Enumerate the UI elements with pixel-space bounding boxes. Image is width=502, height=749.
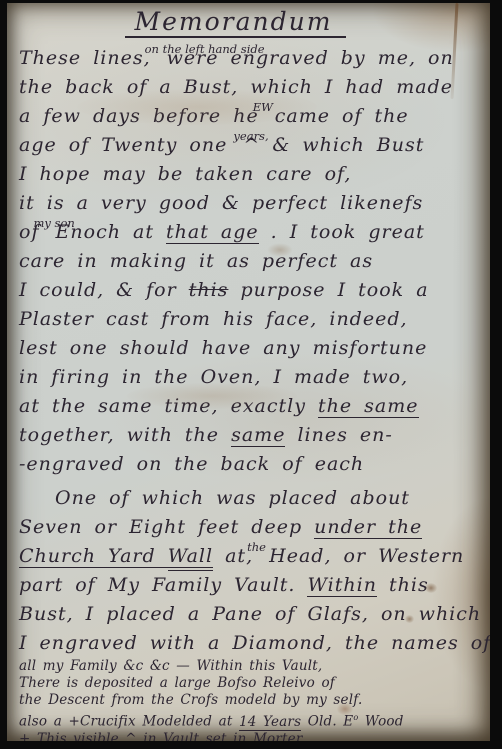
manuscript-text: Seven or Eight feet deep — [19, 516, 314, 538]
manuscript-text: Old. E — [301, 714, 353, 730]
insertion-text: years, — [233, 131, 268, 142]
manuscript-line: it is a very good & perfect likenefs — [19, 189, 482, 218]
manuscript-line: all my Family &c &c — Within this Vault, — [19, 658, 482, 675]
manuscript-text: in firing in the Oven, I made two, — [19, 366, 408, 388]
interlinear-insertion: years, — [239, 149, 243, 151]
manuscript-line: care in making it as perfect as — [19, 247, 482, 276]
manuscript-line: age of Twenty one years,^ & which Bust — [19, 131, 482, 160]
interlinear-insertion: on the left hand side — [151, 62, 155, 64]
interlinear-insertion: EW — [259, 120, 263, 122]
manuscript-line: also a +Crucifix Modelded at 14 Years Ol… — [19, 709, 482, 731]
manuscript-line: I hope may be taken care of, — [19, 160, 482, 189]
manuscript-text: age of Twenty one — [19, 134, 239, 156]
manuscript-page: Memorandum These lines,on the left hand … — [7, 3, 490, 741]
manuscript-text: Church Yard — [19, 545, 168, 568]
manuscript-text: part of My Family Vault. — [19, 574, 307, 596]
manuscript-text: that age — [166, 221, 259, 244]
manuscript-text: Plaster cast from his face, indeed, — [19, 308, 408, 330]
manuscript-text: all my Family &c &c — Within this Vault, — [19, 658, 322, 674]
manuscript-line: a few days before heEW came of the — [19, 102, 482, 131]
manuscript-text: this — [377, 574, 429, 596]
interlinear-insertion: the — [253, 560, 257, 562]
manuscript-text: lest one should have any misfortune — [19, 337, 427, 359]
manuscript-line: in firing in the Oven, I made two, — [19, 363, 482, 392]
manuscript-text: + This visible ^ in Vault set in Morter … — [19, 731, 313, 742]
manuscript-text: a few days before he — [19, 105, 259, 127]
manuscript-text: 14 Years — [239, 714, 301, 731]
manuscript-text: same — [231, 424, 285, 447]
manuscript-text: These lines, — [19, 47, 151, 69]
manuscript-text: care in making it as perfect as — [19, 250, 373, 272]
photo-frame: Memorandum These lines,on the left hand … — [0, 0, 502, 749]
manuscript-text: at the same time, exactly — [19, 395, 318, 417]
manuscript-text: There is deposited a large Bofso Releivo… — [19, 675, 335, 691]
manuscript-text: Wood — [358, 714, 403, 730]
manuscript-text: I could, & for — [19, 279, 189, 301]
page-title: Memorandum — [125, 9, 347, 38]
manuscript-text: Wall — [168, 545, 213, 571]
manuscript-line: ofmy son Enoch at that age . I took grea… — [19, 218, 482, 247]
manuscript-text: together, with the — [19, 424, 231, 446]
interlinear-insertion: my son — [39, 236, 43, 238]
manuscript-line: Church Yard Wall at,the Head, or Western — [19, 542, 482, 571]
manuscript-line: the back of a Bust, which I had made — [19, 73, 482, 102]
manuscript-text: I hope may be taken care of, — [19, 163, 351, 185]
manuscript-line: Plaster cast from his face, indeed, — [19, 305, 482, 334]
manuscript-text: the back of a Bust, which I had made — [19, 76, 453, 98]
manuscript-line: Bust, I placed a Pane of Glafs, on which — [19, 600, 482, 629]
manuscript-text: it is a very good & perfect likenefs — [19, 192, 423, 214]
manuscript-line: together, with the same lines en- — [19, 421, 482, 450]
manuscript-text: came of the — [263, 105, 409, 127]
manuscript-line: part of My Family Vault. Within this — [19, 571, 482, 600]
manuscript-line: at the same time, exactly the same — [19, 392, 482, 421]
manuscript-text: ^ & which Bust — [243, 134, 424, 156]
manuscript-line: + This visible ^ in Vault set in Morter … — [19, 731, 482, 742]
manuscript-text: purpose I took a — [228, 279, 428, 301]
manuscript-text: . I took great — [259, 221, 425, 243]
manuscript-line: There is deposited a large Bofso Releivo… — [19, 675, 482, 692]
manuscript-line: the Descent from the Crofs modeld by my … — [19, 692, 482, 709]
insertion-text: EW — [253, 102, 273, 113]
manuscript-text: Head, or Western — [257, 545, 464, 567]
title-row: Memorandum — [19, 9, 452, 38]
manuscript-text: also a +Crucifix Modelded at — [19, 714, 239, 730]
manuscript-text: under the — [314, 516, 422, 539]
manuscript-line: -engraved on the back of each — [19, 450, 482, 479]
insertion-text: on the left hand side — [145, 44, 265, 55]
manuscript-line: lest one should have any misfortune — [19, 334, 482, 363]
insertion-text: my son — [33, 218, 74, 229]
manuscript-text: Bust, I placed a Pane of Glafs, on which — [19, 603, 481, 625]
manuscript-text: the Descent from the Crofs modeld by my … — [19, 692, 362, 708]
manuscript-line: Seven or Eight feet deep under the — [19, 513, 482, 542]
manuscript-text: One of which was placed about — [55, 487, 410, 509]
manuscript-line: I engraved with a Diamond, the names of — [19, 629, 482, 658]
manuscript-text: the same — [318, 395, 419, 418]
manuscript-line: These lines,on the left hand side were e… — [19, 44, 482, 73]
insertion-text: the — [247, 542, 266, 553]
manuscript-text: -engraved on the back of each — [19, 453, 364, 475]
manuscript-text: lines en- — [285, 424, 392, 446]
manuscript-line: One of which was placed about — [19, 484, 482, 513]
manuscript-text: I engraved with a Diamond, the names of — [19, 632, 490, 654]
manuscript-line: I could, & for this purpose I took a — [19, 276, 482, 305]
manuscript-body: These lines,on the left hand side were e… — [19, 44, 482, 741]
manuscript-text: this — [189, 279, 229, 301]
manuscript-text: Within — [307, 574, 376, 597]
